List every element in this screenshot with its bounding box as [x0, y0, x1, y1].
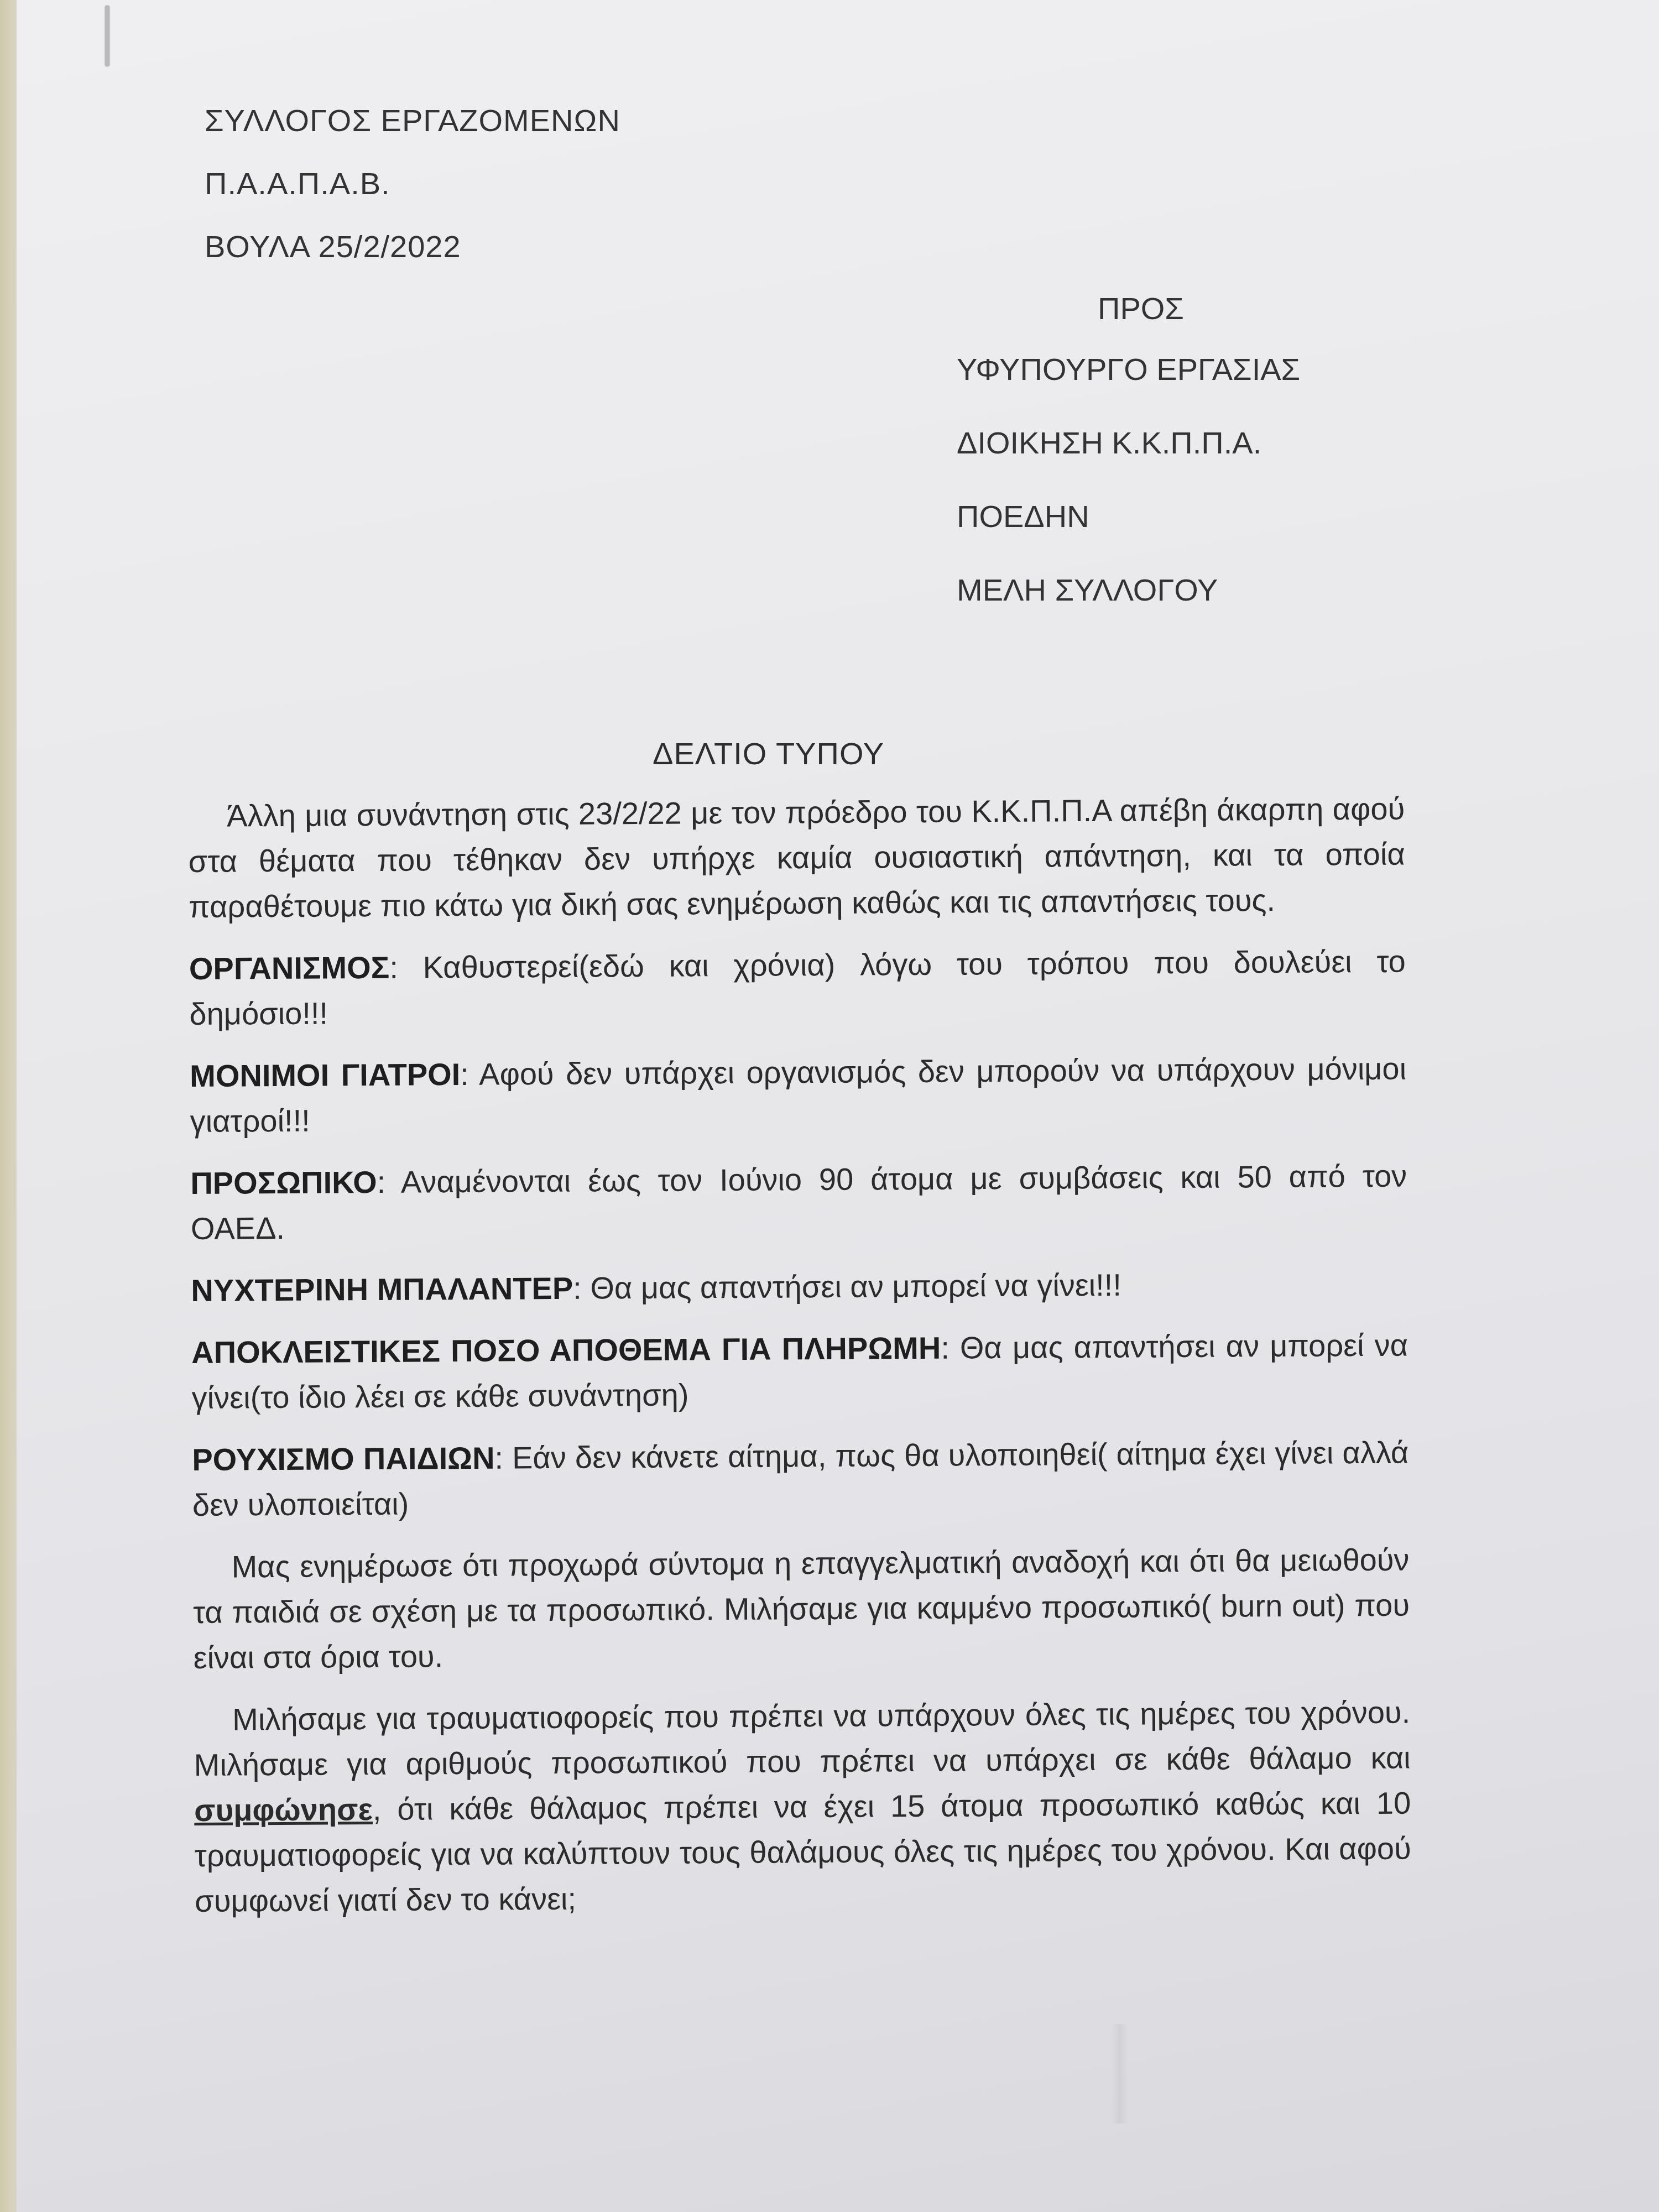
- paragraph-3-text: Μιλήσαμε για τραυματιοφορείς που πρέπει …: [194, 1695, 1411, 1782]
- paragraph-3: Μιλήσαμε για τραυματιοφορείς που πρέπει …: [194, 1690, 1411, 1924]
- document-body: Άλλη μια συνάντηση στις 23/2/22 με τον π…: [188, 786, 1412, 1940]
- item-paragraph: ΡΟΥΧΙΣΜΟ ΠΑΙΔΙΩΝ: Εάν δεν κάνετε αίτημα,…: [192, 1430, 1409, 1528]
- sender-block: ΣΥΛΛΟΓΟΣ ΕΡΓΑΖΟΜΕΝΩΝ Π.Α.Α.Π.Α.Β. ΒΟΥΛΑ …: [205, 105, 620, 294]
- staple-mark: [105, 6, 109, 66]
- item-label: ΜΟΝΙΜΟΙ ΓΙΑΤΡΟΙ: [190, 1057, 461, 1093]
- paper-crease: [1112, 2024, 1128, 2124]
- item-paragraph: ΠΡΟΣΩΠΙΚΟ: Αναμένονται έως τον Ιούνιο 90…: [190, 1154, 1407, 1251]
- item-paragraph: ΝΥΧΤΕΡΙΝΗ ΜΠΑΛΑΝΤΕΡ: Θα μας απαντήσει αν…: [191, 1261, 1407, 1313]
- sender-abbreviation: Π.Α.Α.Π.Α.Β.: [205, 168, 620, 199]
- item-label: ΠΡΟΣΩΠΙΚΟ: [190, 1165, 377, 1201]
- item-paragraph: ΟΡΓΑΝΙΣΜΟΣ: Καθυστερεί(εδώ και χρόνια) λ…: [189, 939, 1406, 1037]
- recipient: ΠΟΕΔΗΝ: [957, 501, 1300, 532]
- item-label: ΑΠΟΚΛΕΙΣΤΙΚΕΣ ΠΟΣΟ ΑΠΟΘΕΜΑ ΓΙΑ ΠΛΗΡΩΜΗ: [191, 1331, 941, 1370]
- recipient: ΜΕΛΗ ΣΥΛΛΟΓΟΥ: [957, 575, 1300, 606]
- item-label: ΟΡΓΑΝΙΣΜΟΣ: [189, 950, 390, 986]
- intro-paragraph: Άλλη μια συνάντηση στις 23/2/22 με τον π…: [188, 786, 1405, 930]
- item-paragraph: ΑΠΟΚΛΕΙΣΤΙΚΕΣ ΠΟΣΟ ΑΠΟΘΕΜΑ ΓΙΑ ΠΛΗΡΩΜΗ: …: [191, 1323, 1408, 1421]
- recipients-list: ΥΦΥΠΟΥΡΓΟ ΕΡΓΑΣΙΑΣ ΔΙΟΙΚΗΣΗ Κ.Κ.Π.Π.Α. Π…: [957, 354, 1300, 648]
- item-text: : Θα μας απαντήσει αν μπορεί να γίνει!!!: [573, 1267, 1121, 1306]
- recipient: ΥΦΥΠΟΥΡΓΟ ΕΡΓΑΣΙΑΣ: [957, 354, 1300, 385]
- document-title: ΔΕΛΤΙΟ ΤΥΠΟΥ: [653, 735, 884, 771]
- recipient: ΔΙΟΙΚΗΣΗ Κ.Κ.Π.Π.Α.: [957, 427, 1300, 458]
- item-label: ΝΥΧΤΕΡΙΝΗ ΜΠΑΛΑΝΤΕΡ: [191, 1271, 573, 1308]
- recipients-heading: ΠΡΟΣ: [1098, 290, 1184, 326]
- paragraph-3-text: , ότι κάθε θάλαμος πρέπει να έχει 15 άτο…: [195, 1786, 1411, 1918]
- item-paragraph: ΜΟΝΙΜΟΙ ΓΙΑΤΡΟΙ: Αφού δεν υπάρχει οργανι…: [190, 1046, 1407, 1144]
- emphasized-word: συμφώνησε: [194, 1792, 373, 1828]
- item-label: ΡΟΥΧΙΣΜΟ ΠΑΙΔΙΩΝ: [192, 1441, 494, 1477]
- paragraph-2: Μας ενημέρωσε ότι προχωρά σύντομα η επαγ…: [192, 1537, 1410, 1681]
- sender-place-date: ΒΟΥΛΑ 25/2/2022: [205, 231, 620, 262]
- sender-organization: ΣΥΛΛΟΓΟΣ ΕΡΓΑΖΟΜΕΝΩΝ: [205, 105, 620, 136]
